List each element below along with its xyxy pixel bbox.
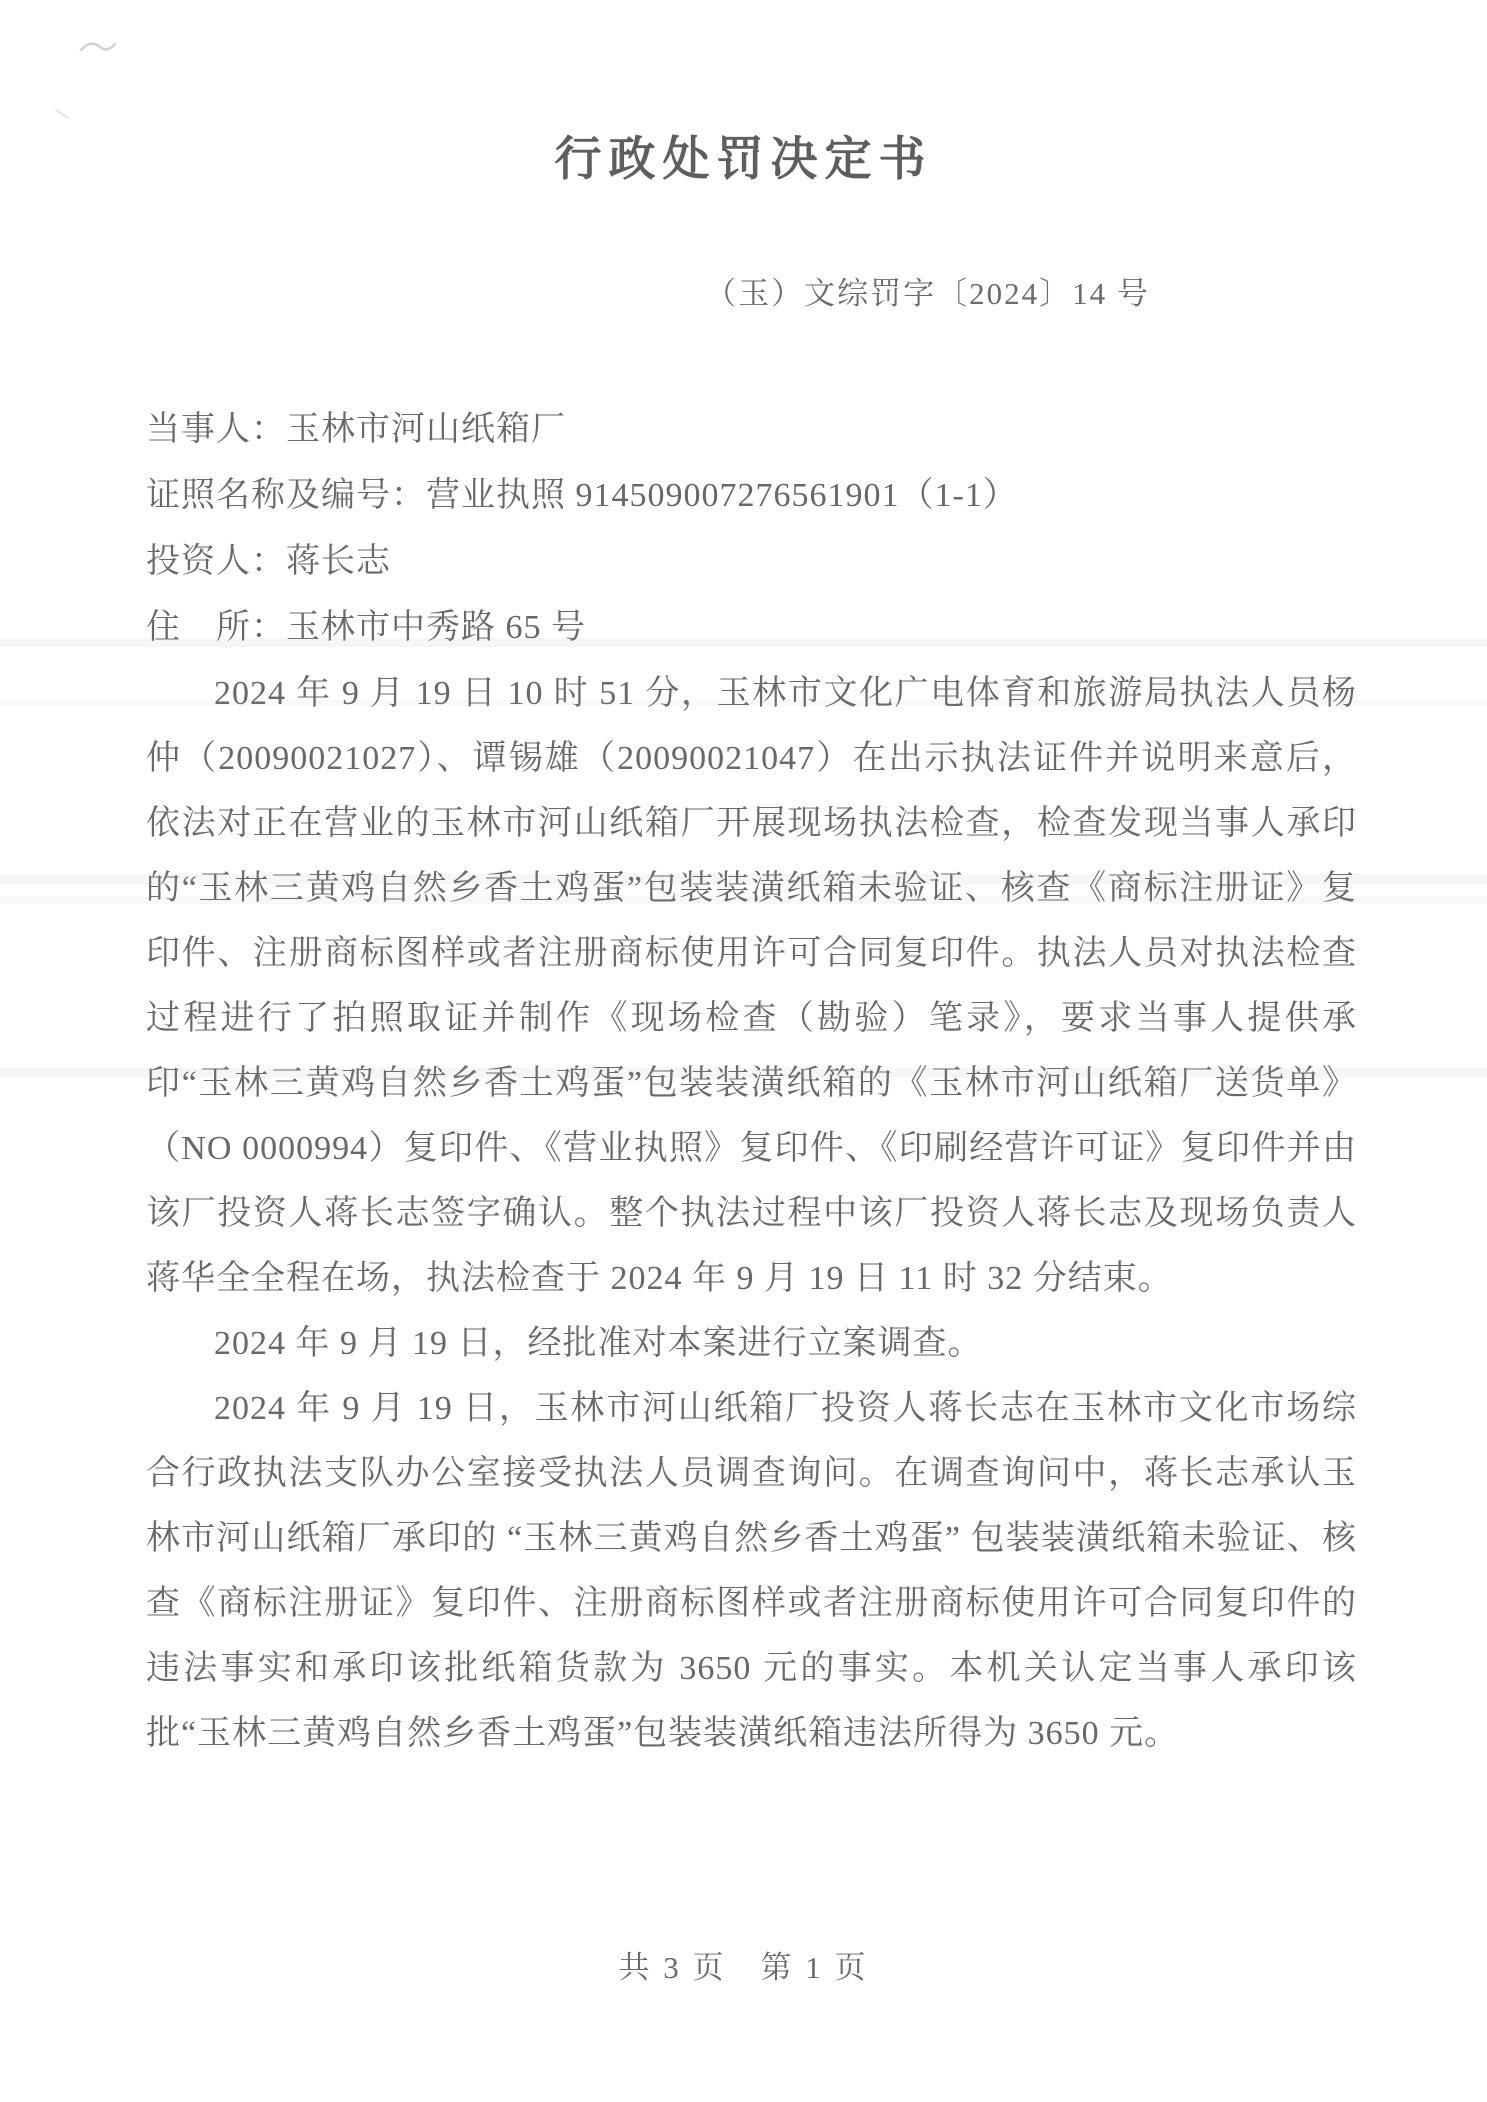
party-info-line: 证照名称及编号：营业执照 914509007276561901（1-1） [146, 463, 1357, 529]
scanned-document-page: 行政处罚决定书 （玉）文综罚字〔2024〕14 号 当事人：玉林市河山纸箱厂证照… [0, 0, 1487, 2102]
party-info-section: 当事人：玉林市河山纸箱厂证照名称及编号：营业执照 914509007276561… [0, 397, 1487, 661]
document-title: 行政处罚决定书 [0, 0, 1487, 190]
pen-stroke-mark [78, 34, 118, 60]
document-body: 2024 年 9 月 19 日 10 时 51 分，玉林市文化广电体育和旅游局执… [0, 661, 1487, 1766]
pen-dot-mark [52, 106, 74, 124]
body-paragraph: 2024 年 9 月 19 日，经批准对本案进行立案调查。 [146, 1311, 1357, 1376]
body-paragraph: 2024 年 9 月 19 日，玉林市河山纸箱厂投资人蒋长志在玉林市文化市场综合… [146, 1376, 1357, 1766]
document-number: （玉）文综罚字〔2024〕14 号 [0, 268, 1487, 313]
body-paragraph: 2024 年 9 月 19 日 10 时 51 分，玉林市文化广电体育和旅游局执… [146, 661, 1357, 1311]
party-info-line: 当事人：玉林市河山纸箱厂 [146, 397, 1357, 463]
page-number-footer: 共 3 页 第 1 页 [0, 1942, 1487, 1987]
party-info-line: 投资人：蒋长志 [146, 529, 1357, 595]
party-info-line: 住 所：玉林市中秀路 65 号 [146, 595, 1357, 661]
